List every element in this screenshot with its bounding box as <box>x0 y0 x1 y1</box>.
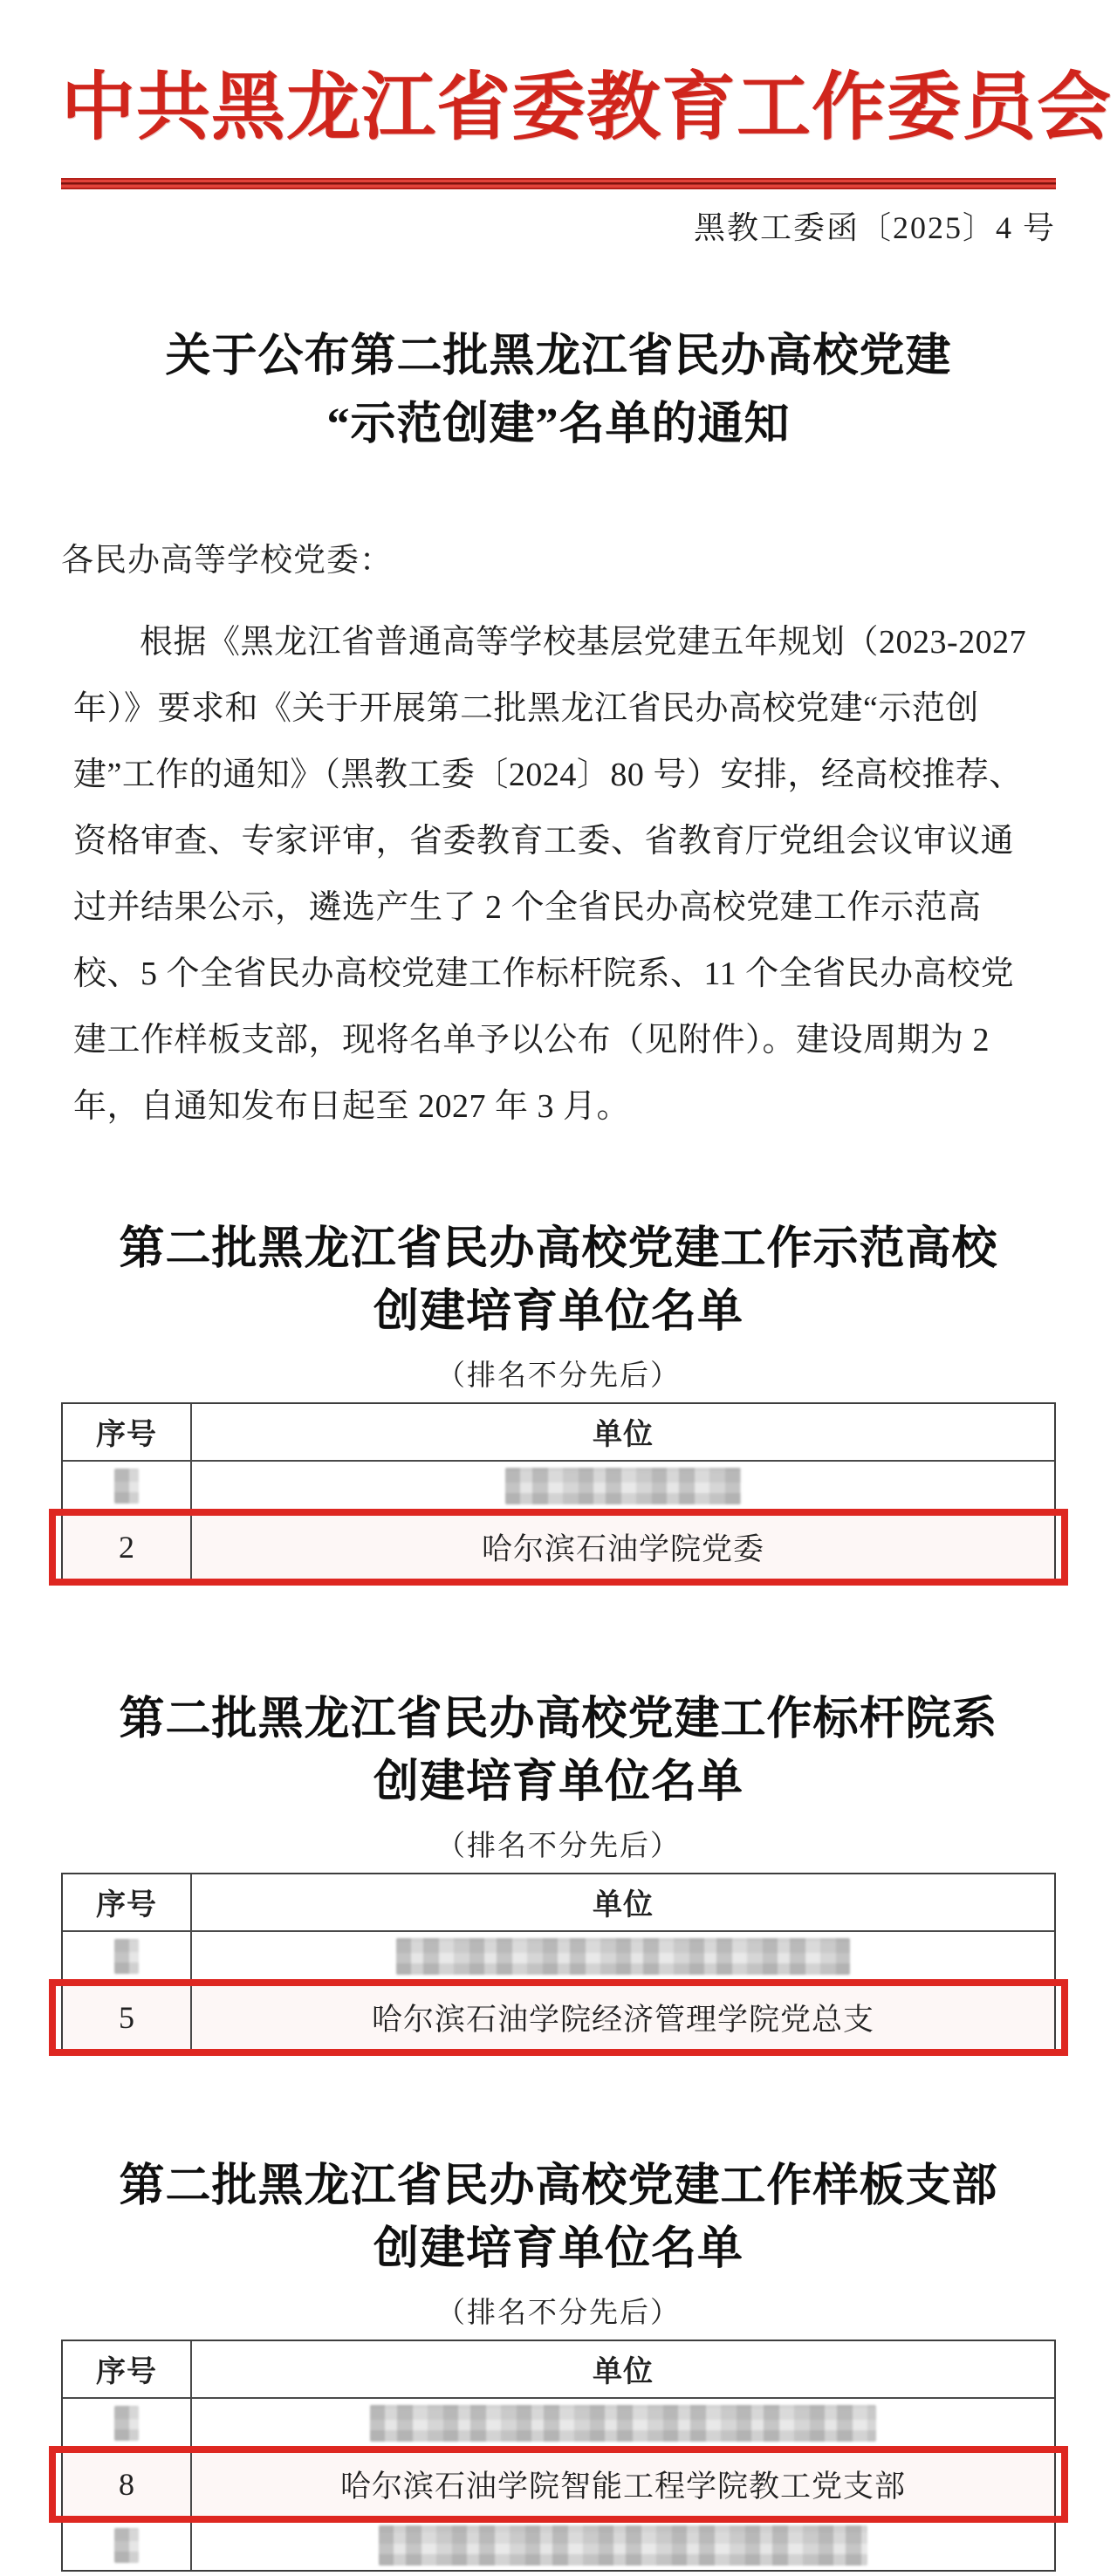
redacted-row <box>63 2397 1054 2448</box>
body-line: 根据《黑龙江省普通高等学校基层党建五年规划（2023-2027 <box>73 609 1056 675</box>
document-number: 黑教工委函〔2025〕4 号 <box>61 209 1056 248</box>
index-cell: 5 <box>63 1983 192 2052</box>
index-cell <box>63 1932 192 1981</box>
table-header-row: 序号 单位 <box>63 2341 1054 2397</box>
unit-cell <box>192 2521 1054 2570</box>
redacted-block <box>114 2406 139 2441</box>
redacted-block <box>114 2528 139 2563</box>
section-heading-line2: 创建培育单位名单 <box>61 1751 1056 1814</box>
section-heading-line2: 创建培育单位名单 <box>61 1281 1056 1344</box>
index-cell <box>63 2399 192 2448</box>
section-model-branches: 第二批黑龙江省民办高校党建工作样板支部 创建培育单位名单 （排名不分先后） 序号… <box>61 2155 1056 2572</box>
units-table: 序号 单位 5 哈尔滨石油学院经济管理学院党总支 <box>61 1873 1056 2054</box>
section-note: （排名不分先后） <box>61 2296 1056 2331</box>
section-note: （排名不分先后） <box>61 1829 1056 1864</box>
units-table: 序号 单位 2 哈尔滨石油学院党委 <box>61 1402 1056 1584</box>
redacted-row <box>63 1460 1054 1511</box>
units-table: 序号 单位 8 哈尔滨石油学院智能工程学院教工党支部 <box>61 2340 1056 2572</box>
body-line: 校、5 个全省民办高校党建工作标杆院系、11 个全省民办高校党 <box>73 941 1056 1007</box>
body-line: 年）》要求和《关于开展第二批黑龙江省民办高校党建“示范创 <box>73 675 1056 742</box>
redacted-block <box>379 2525 867 2566</box>
body-line: 建工作样板支部，现将名单予以公布（见附件）。建设周期为 2 <box>73 1007 1056 1073</box>
body-line: 年，自通知发布日起至 2027 年 3 月。 <box>73 1073 1056 1140</box>
section-heading-line1: 第二批黑龙江省民办高校党建工作样板支部 <box>61 2155 1056 2218</box>
redacted-row <box>63 1930 1054 1981</box>
section-note: （排名不分先后） <box>61 1359 1056 1394</box>
notice-title: 关于公布第二批黑龙江省民办高校党建 “示范创建”名单的通知 <box>61 323 1056 459</box>
redacted-block <box>114 1939 139 1974</box>
redacted-row <box>63 2519 1054 2570</box>
unit-cell: 哈尔滨石油学院智能工程学院教工党支部 <box>192 2449 1054 2519</box>
header-cell-index: 序号 <box>63 1404 192 1460</box>
official-notice-document: 中共黑龙江省委教育工作委员会 黑教工委函〔2025〕4 号 关于公布第二批黑龙江… <box>0 0 1117 2576</box>
notice-title-line2: “示范创建”名单的通知 <box>61 391 1056 459</box>
index-cell: 2 <box>63 1512 192 1582</box>
section-demonstration-universities: 第二批黑龙江省民办高校党建工作示范高校 创建培育单位名单 （排名不分先后） 序号… <box>61 1218 1056 1584</box>
header-cell-unit: 单位 <box>192 2341 1054 2397</box>
unit-cell <box>192 1462 1054 1511</box>
redacted-block <box>370 2405 876 2442</box>
unit-cell <box>192 1932 1054 1981</box>
redacted-block <box>396 1938 850 1975</box>
header-cell-index: 序号 <box>63 2341 192 2397</box>
section-heading: 第二批黑龙江省民办高校党建工作标杆院系 创建培育单位名单 <box>61 1689 1056 1814</box>
header-cell-unit: 单位 <box>192 1874 1054 1930</box>
unit-cell: 哈尔滨石油学院党委 <box>192 1512 1054 1582</box>
body-line: 建”工作的通知》（黑教工委〔2024〕80 号）安排，经高校推荐、 <box>73 742 1056 808</box>
header-divider <box>61 178 1056 189</box>
redacted-block <box>114 1469 139 1504</box>
section-heading-line1: 第二批黑龙江省民办高校党建工作标杆院系 <box>61 1689 1056 1751</box>
section-heading: 第二批黑龙江省民办高校党建工作示范高校 创建培育单位名单 <box>61 1218 1056 1344</box>
header-cell-index: 序号 <box>63 1874 192 1930</box>
index-cell <box>63 1462 192 1511</box>
notice-title-line1: 关于公布第二批黑龙江省民办高校党建 <box>61 323 1056 391</box>
section-heading-line2: 创建培育单位名单 <box>61 2218 1056 2281</box>
section-benchmark-departments: 第二批黑龙江省民办高校党建工作标杆院系 创建培育单位名单 （排名不分先后） 序号… <box>61 1689 1056 2054</box>
salutation: 各民办高等学校党委： <box>61 541 1056 581</box>
unit-cell <box>192 2399 1054 2448</box>
body-line: 过并结果公示，遴选产生了 2 个全省民办高校党建工作示范高 <box>73 874 1056 941</box>
unit-cell: 哈尔滨石油学院经济管理学院党总支 <box>192 1983 1054 2052</box>
section-heading: 第二批黑龙江省民办高校党建工作样板支部 创建培育单位名单 <box>61 2155 1056 2281</box>
redacted-block <box>505 1468 741 1504</box>
section-heading-line1: 第二批黑龙江省民办高校党建工作示范高校 <box>61 1218 1056 1281</box>
highlighted-row: 8 哈尔滨石油学院智能工程学院教工党支部 <box>63 2448 1054 2519</box>
index-cell <box>63 2521 192 2570</box>
body-line: 资格审查、专家评审，省委教育工委、省教育厅党组会议审议通 <box>73 808 1056 874</box>
index-cell: 8 <box>63 2449 192 2519</box>
table-header-row: 序号 单位 <box>63 1874 1054 1930</box>
table-header-row: 序号 单位 <box>63 1404 1054 1460</box>
header-cell-unit: 单位 <box>192 1404 1054 1460</box>
body-paragraph: 根据《黑龙江省普通高等学校基层党建五年规划（2023-2027 年）》要求和《关… <box>73 609 1056 1140</box>
highlighted-row: 2 哈尔滨石油学院党委 <box>63 1511 1054 1582</box>
highlighted-row: 5 哈尔滨石油学院经济管理学院党总支 <box>63 1981 1054 2052</box>
org-name-title: 中共黑龙江省委教育工作委员会 <box>61 66 1056 152</box>
